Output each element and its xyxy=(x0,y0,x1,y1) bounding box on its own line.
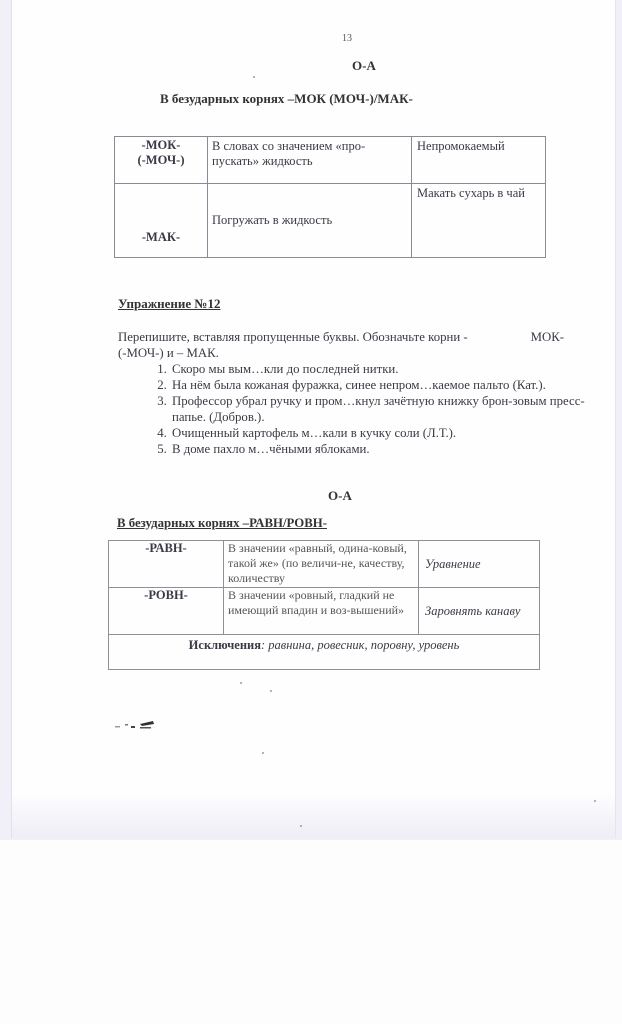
list-item: Профессор убрал ручку и пром…кнул зачётн… xyxy=(170,393,606,425)
list-item: В доме пахло м…чёными яблоками. xyxy=(170,441,606,457)
meaning-cell: В значении «равный, одина-ковый, такой ж… xyxy=(224,541,419,588)
ravn-rovn-table: -РАВН- В значении «равный, одина-ковый, … xyxy=(108,540,540,670)
table-row: -РОВН- В значении «ровный, гладкий не им… xyxy=(109,588,540,635)
exceptions-text: : равнина, ровесник, поровну, уровень xyxy=(261,638,459,652)
meaning-cell: Погружать в жидкость xyxy=(208,184,412,258)
scan-speck xyxy=(594,800,596,802)
root-label: -МАК- xyxy=(116,230,206,245)
instruction-line2: (-МОЧ-) и – МАК. xyxy=(118,346,219,360)
list-item: Очищенный картофель м…кали в кучку соли … xyxy=(170,425,606,441)
scan-speck xyxy=(262,752,264,754)
example-cell: Непромокаемый xyxy=(412,137,546,184)
section2-title: В безударных корнях –РАВН/РОВН- xyxy=(117,516,327,531)
root-cell: -РОВН- xyxy=(109,588,224,635)
list-item: На нём была кожаная фуражка, синее непро… xyxy=(170,377,606,393)
section1-title: В безударных корнях –МОК (МОЧ-)/МАК- xyxy=(160,91,413,107)
scan-smudge xyxy=(113,718,155,730)
scan-speck xyxy=(253,76,255,78)
table-row: -МОК- (-МОЧ-) В словах со значением «про… xyxy=(115,137,546,184)
list-item: Скоро мы вым…кли до последней нитки. xyxy=(170,361,606,377)
root-label: -МОК- xyxy=(116,138,206,153)
scan-speck xyxy=(270,690,272,692)
meaning-cell: В словах со значением «про-пускать» жидк… xyxy=(208,137,412,184)
root-cell: -МАК- xyxy=(115,184,208,258)
example-cell: Уравнение xyxy=(419,541,540,588)
scan-speck xyxy=(240,682,242,684)
exercise-instruction: МОК- Перепишите, вставляя пропущенные бу… xyxy=(118,329,564,361)
instruction-root: МОК- xyxy=(531,329,564,345)
root-label: (-МОЧ-) xyxy=(116,153,206,168)
instruction-line1: Перепишите, вставляя пропущенные буквы. … xyxy=(118,330,468,344)
mok-mak-table: -МОК- (-МОЧ-) В словах со значением «про… xyxy=(114,136,546,258)
exercise-items: Скоро мы вым…кли до последней нитки. На … xyxy=(124,361,606,457)
exercise-title: Упражнение №12 xyxy=(118,296,220,312)
exceptions-label: Исключения xyxy=(189,638,261,652)
section1-heading: О-А xyxy=(352,58,376,74)
section2-heading: О-А xyxy=(328,488,352,504)
example-cell: Заровнять канаву xyxy=(419,588,540,635)
root-cell: -РАВН- xyxy=(109,541,224,588)
table-row: -МАК- Погружать в жидкость Макать сухарь… xyxy=(115,184,546,258)
table-row: -РАВН- В значении «равный, одина-ковый, … xyxy=(109,541,540,588)
exceptions-row: Исключения: равнина, ровесник, поровну, … xyxy=(109,635,540,670)
exceptions-cell: Исключения: равнина, ровесник, поровну, … xyxy=(109,635,540,670)
meaning-cell: В значении «ровный, гладкий не имеющий в… xyxy=(224,588,419,635)
page-number: 13 xyxy=(342,33,352,44)
root-cell: -МОК- (-МОЧ-) xyxy=(115,137,208,184)
example-cell: Макать сухарь в чай xyxy=(412,184,546,258)
scan-speck xyxy=(300,825,302,827)
